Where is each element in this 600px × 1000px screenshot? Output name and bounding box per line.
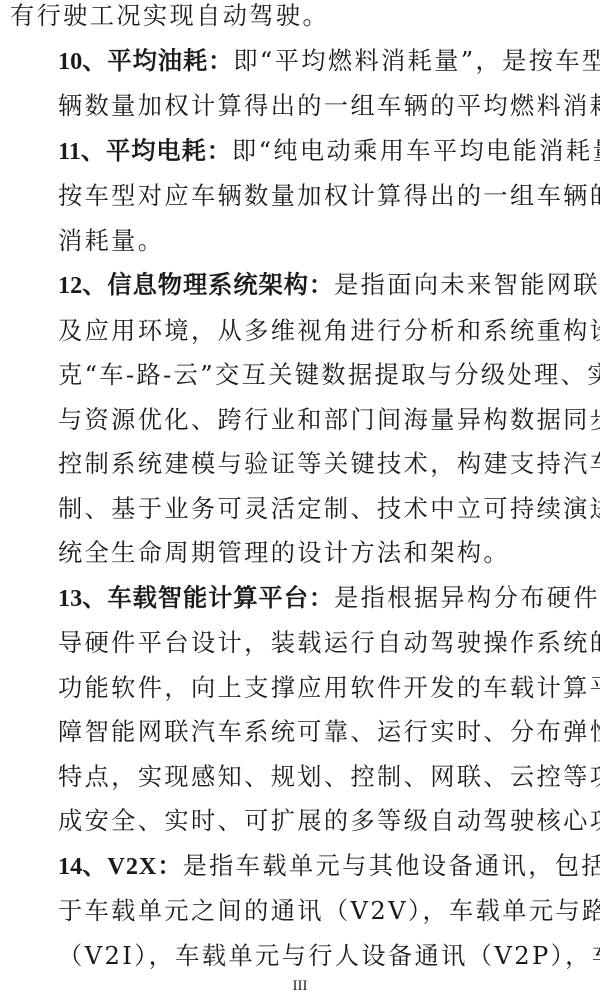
text-line: 成安全、实时、可扩展的多等级自动驾驶核心功能。 xyxy=(10,799,598,844)
text-line: 导硬件平台设计，装载运行自动驾驶操作系统的系统软件和 xyxy=(10,621,598,666)
text-line: 与资源优化、跨行业和部门间海量异构数据同步交互、协同 xyxy=(10,398,598,443)
term-number: 11 xyxy=(58,138,81,165)
text-line: （V2I），车载单元与行人设备通讯（V2P），车载单元与网 xyxy=(10,934,598,979)
term-heading: 12、信息物理系统架构： xyxy=(58,272,334,299)
text-line: 消耗量。 xyxy=(10,219,598,264)
text-line: 13、车载智能计算平台：是指根据异构分布硬件架构指 xyxy=(10,576,598,622)
term-number: 12 xyxy=(58,272,82,299)
text-line: 障智能网联汽车系统可靠、运行实时、分布弹性、高算力等 xyxy=(10,710,598,755)
text-line: 功能软件，向上支撑应用软件开发的车载计算平台，能够保 xyxy=(10,666,598,711)
paragraph-vehicle-computing-platform: 13、车载智能计算平台：是指根据异构分布硬件架构指 导硬件平台设计，装载运行自动… xyxy=(10,576,598,844)
text-line: 11、平均电耗：即“纯电动乘用车平均电能消耗量”，是 xyxy=(10,129,598,175)
term-heading: 14、V2X： xyxy=(58,853,183,880)
text-line: 有行驶工况实现自动驾驶。 xyxy=(10,0,598,39)
term-definition: 是指根据异构分布硬件架构指 xyxy=(334,584,600,612)
term-label: 、平均电耗： xyxy=(81,138,232,165)
paragraph-average-power-consumption: 11、平均电耗：即“纯电动乘用车平均电能消耗量”，是 按车型对应车辆数量加权计算… xyxy=(10,129,598,264)
text-line: 10、平均油耗：即“平均燃料消耗量”，是按车型对应车 xyxy=(10,39,598,85)
text-line: 14、V2X：是指车载单元与其他设备通讯，包括但不限 xyxy=(10,844,598,890)
text-line: 统全生命周期管理的设计方法和架构。 xyxy=(10,531,598,576)
term-number: 10 xyxy=(58,48,82,75)
term-heading: 11、平均电耗： xyxy=(58,138,232,165)
paragraph-cyber-physical-architecture: 12、信息物理系统架构：是指面向未来智能网联汽车普 及应用环境，从多维视角进行分… xyxy=(10,263,598,576)
term-heading: 13、车载智能计算平台： xyxy=(58,585,334,612)
text-line: 辆数量加权计算得出的一组车辆的平均燃料消耗量。 xyxy=(10,84,598,129)
paragraph-continuation: 有行驶工况实现自动驾驶。 xyxy=(10,0,598,39)
term-label: 、平均油耗： xyxy=(82,48,233,75)
term-label: 、车载智能计算平台： xyxy=(82,585,334,612)
term-definition: 即“纯电动乘用车平均电能消耗量”，是 xyxy=(232,137,600,165)
text-line: 及应用环境，从多维视角进行分析和系统重构设计，重点攻 xyxy=(10,309,598,354)
text-line: 12、信息物理系统架构：是指面向未来智能网联汽车普 xyxy=(10,263,598,309)
text-line: 克“车-路-云”交互关键数据提取与分级处理、实时服务策略 xyxy=(10,353,598,398)
text-line: 于车载单元之间的通讯（V2V），车载单元与路侧单元通讯 xyxy=(10,889,598,934)
text-line: 控制系统建模与验证等关键技术，构建支持汽车实时协同控 xyxy=(10,442,598,487)
text-line: 特点，实现感知、规划、控制、网联、云控等功能，最终完 xyxy=(10,755,598,800)
term-definition: 是指车载单元与其他设备通讯，包括但不限 xyxy=(183,852,600,880)
page-number: III xyxy=(0,978,600,995)
term-heading: 10、平均油耗： xyxy=(58,48,233,75)
term-definition: 即“平均燃料消耗量”，是按车型对应车 xyxy=(233,47,600,75)
text-line: 按车型对应车辆数量加权计算得出的一组车辆的平均电能 xyxy=(10,174,598,219)
term-label: 、V2X： xyxy=(82,853,182,880)
term-number: 13 xyxy=(58,585,82,612)
document-page: 有行驶工况实现自动驾驶。 10、平均油耗：即“平均燃料消耗量”，是按车型对应车 … xyxy=(10,0,598,978)
text-line: 制、基于业务可灵活定制、技术中立可持续演进、服务于系 xyxy=(10,487,598,532)
paragraph-average-fuel-consumption: 10、平均油耗：即“平均燃料消耗量”，是按车型对应车 辆数量加权计算得出的一组车… xyxy=(10,39,598,129)
term-label: 、信息物理系统架构： xyxy=(82,272,334,299)
term-definition: 是指面向未来智能网联汽车普 xyxy=(334,271,600,299)
term-number: 14 xyxy=(58,853,82,880)
paragraph-v2x: 14、V2X：是指车载单元与其他设备通讯，包括但不限 于车载单元之间的通讯（V2… xyxy=(10,844,598,979)
